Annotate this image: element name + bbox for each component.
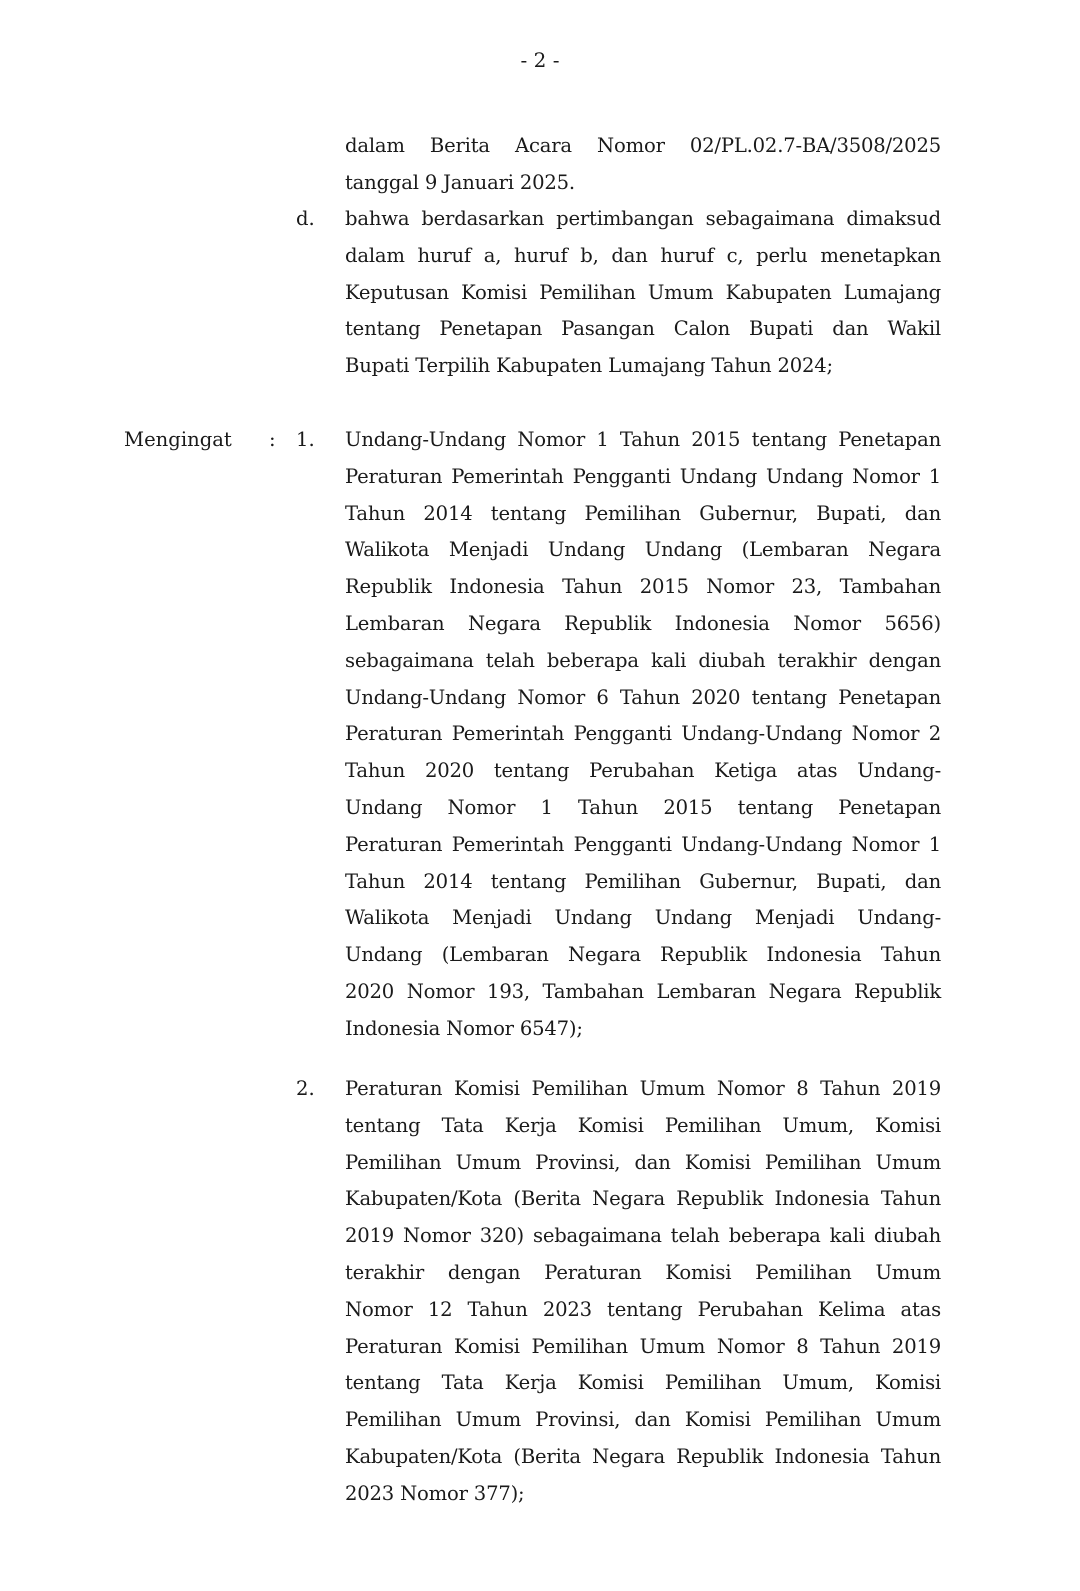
paragraph-line: Tahun 2020 tentang Perubahan Ketiga atas… [345, 756, 941, 786]
paragraph-line: 2023 Nomor 377); [345, 1479, 941, 1509]
paragraph-line: Kabupaten/Kota (Berita Negara Republik I… [345, 1184, 941, 1214]
paragraph-line: tentang Penetapan Pasangan Calon Bupati … [345, 314, 941, 344]
paragraph-line: Tahun 2014 tentang Pemilihan Gubernur, B… [345, 499, 941, 529]
paragraph-line: dalam Berita Acara Nomor 02/PL.02.7-BA/3… [345, 131, 941, 161]
paragraph-line: sebagaimana telah beberapa kali diubah t… [345, 646, 941, 676]
paragraph-line: tentang Tata Kerja Komisi Pemilihan Umum… [345, 1368, 941, 1398]
paragraph-line: bahwa berdasarkan pertimbangan sebagaima… [345, 204, 941, 234]
paragraph-line: Peraturan Pemerintah Pengganti Undang Un… [345, 462, 941, 492]
paragraph-line: Walikota Menjadi Undang Undang (Lembaran… [345, 535, 941, 565]
paragraph-line: Pemilihan Umum Provinsi, dan Komisi Pemi… [345, 1148, 941, 1178]
paragraph-line: terakhir dengan Peraturan Komisi Pemilih… [345, 1258, 941, 1288]
section-colon: : [269, 425, 276, 455]
page-number: - 2 - [0, 46, 1080, 74]
paragraph-line: tanggal 9 Januari 2025. [345, 168, 941, 198]
paragraph-line: Keputusan Komisi Pemilihan Umum Kabupate… [345, 278, 941, 308]
section-label-mengingat: Mengingat [124, 425, 232, 455]
paragraph-line: Undang-Undang Nomor 6 Tahun 2020 tentang… [345, 683, 941, 713]
paragraph-line: Bupati Terpilih Kabupaten Lumajang Tahun… [345, 351, 941, 381]
paragraph-line: Tahun 2014 tentang Pemilihan Gubernur, B… [345, 867, 941, 897]
paragraph-line: Walikota Menjadi Undang Undang Menjadi U… [345, 903, 941, 933]
paragraph-line: 2020 Nomor 193, Tambahan Lembaran Negara… [345, 977, 941, 1007]
list-marker: d. [296, 204, 315, 234]
paragraph-line: Kabupaten/Kota (Berita Negara Republik I… [345, 1442, 941, 1472]
paragraph-line: dalam huruf a, huruf b, dan huruf c, per… [345, 241, 941, 271]
paragraph-line: Pemilihan Umum Provinsi, dan Komisi Pemi… [345, 1405, 941, 1435]
paragraph-line: Republik Indonesia Tahun 2015 Nomor 23, … [345, 572, 941, 602]
paragraph-line: Nomor 12 Tahun 2023 tentang Perubahan Ke… [345, 1295, 941, 1325]
paragraph-line: Undang Nomor 1 Tahun 2015 tentang Peneta… [345, 793, 941, 823]
list-marker: 1. [296, 425, 315, 455]
list-marker: 2. [296, 1074, 315, 1104]
paragraph-line: Peraturan Komisi Pemilihan Umum Nomor 8 … [345, 1332, 941, 1362]
paragraph-line: Peraturan Pemerintah Pengganti Undang-Un… [345, 830, 941, 860]
paragraph-line: Indonesia Nomor 6547); [345, 1014, 941, 1044]
paragraph-line: Peraturan Pemerintah Pengganti Undang-Un… [345, 719, 941, 749]
paragraph-line: tentang Tata Kerja Komisi Pemilihan Umum… [345, 1111, 941, 1141]
paragraph-line: 2019 Nomor 320) sebagaimana telah bebera… [345, 1221, 941, 1251]
paragraph-line: Lembaran Negara Republik Indonesia Nomor… [345, 609, 941, 639]
paragraph-line: Undang (Lembaran Negara Republik Indones… [345, 940, 941, 970]
paragraph-line: Undang-Undang Nomor 1 Tahun 2015 tentang… [345, 425, 941, 455]
paragraph-line: Peraturan Komisi Pemilihan Umum Nomor 8 … [345, 1074, 941, 1104]
